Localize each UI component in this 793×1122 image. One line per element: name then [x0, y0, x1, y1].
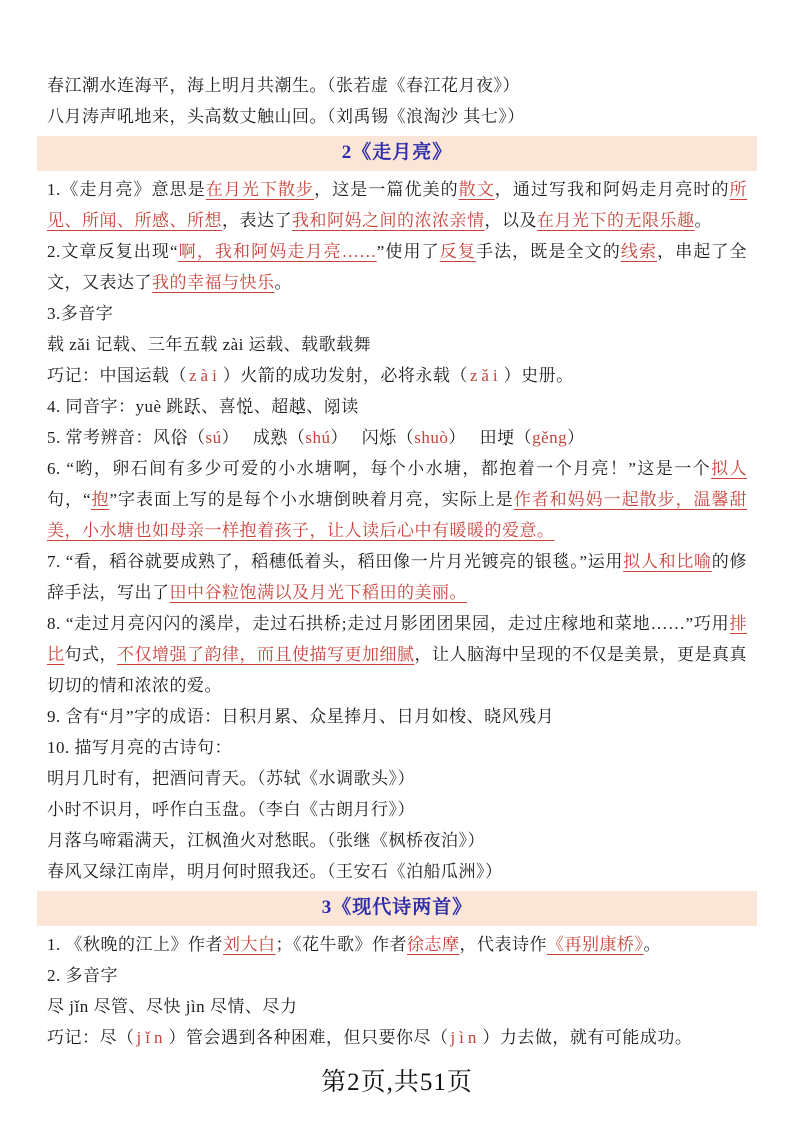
text-run: ）管会遇到各种困难，但只要你尽（ [168, 1028, 448, 1047]
pinyin-red-spaced: zǎi [468, 366, 504, 385]
text-run: （ [515, 428, 533, 447]
paragraph: 10. 描写月亮的古诗句： [47, 732, 747, 763]
text-run: 读 [341, 397, 359, 416]
text-run: 小时不识月，呼作白玉盘。（李白《古朗月行》） [47, 800, 415, 819]
red-underline-text: 《再别康桥》 [547, 935, 644, 954]
text-run: 4. 同音字：yuè 跳 [47, 397, 184, 416]
red-underline-text: 在月光下的无限乐趣 [537, 211, 695, 230]
paragraph: 3.多音字 [47, 298, 747, 329]
red-underline-text: 徐志摩 [407, 935, 460, 954]
text-run: 、 [306, 397, 324, 416]
section-header-band: 3《现代诗两首》 [37, 891, 757, 926]
text-run: 八月涛声吼地来，头高数丈触山回。（刘禹锡《浪淘沙 其七》） [47, 107, 525, 126]
text-run: 2.文章反复出现“ [47, 242, 178, 261]
text-run: ，这是一篇优美的 [314, 180, 458, 199]
section-header-title: 2《走月亮》 [342, 142, 453, 163]
red-underline-text: 刘大白 [223, 935, 276, 954]
section-header-band: 2《走月亮》 [37, 136, 757, 171]
paragraph: 6. “哟，卵石间有多少可爱的小水塘啊，每个小水塘，都抱着一个月亮！”这是一个拟… [47, 453, 747, 546]
text-run: 巧记：尽（ [47, 1028, 135, 1047]
pinyin-red-spaced: zài [187, 366, 223, 385]
paragraph: 2. 多音字 [47, 960, 747, 991]
paragraph: 巧记：中国运载（zài）火箭的成功发射，必将永载（zǎi）史册。 [47, 360, 747, 391]
paragraph: 4. 同音字：yuè 跳跃、喜悦、超越、阅读 [47, 391, 747, 422]
paragraph: 1. 《秋晚的江上》作者刘大白；《花牛歌》作者徐志摩，代表诗作《再别康桥》。 [47, 929, 747, 960]
pinyin-red-spaced: jìn [448, 1028, 482, 1047]
emphasis-dot-char: 熟 [270, 428, 288, 447]
red-underline-text: 抱 [91, 490, 109, 509]
text-run: ”字表面上写的是每个小水塘倒映着月亮，实际上是 [110, 490, 514, 509]
text-run: 月落乌啼霜满天，江枫渔火对愁眠。（张继《枫桥夜泊》） [47, 831, 485, 850]
paragraph: 春江潮水连海平，海上明月共潮生。（张若虚《春江花月夜》） [47, 70, 747, 101]
text-run: 。 [644, 935, 662, 954]
text-run: 句式， [65, 645, 118, 664]
red-underline-text: 不仅增强了韵律，而且使描写更加细腻 [117, 645, 415, 664]
emphasis-dot-char: 俗 [171, 428, 189, 447]
text-run: ”使用了 [377, 242, 440, 261]
text-run: ，代表诗作 [460, 935, 548, 954]
paragraph: 小时不识月，呼作白玉盘。（李白《古朗月行》） [47, 794, 747, 825]
paragraph: 八月涛声吼地来，头高数丈触山回。（刘禹锡《浪淘沙 其七》） [47, 101, 747, 132]
text-run: 6. “哟，卵石间有多少可爱的小水塘啊，每个小水塘，都抱着一个月亮！”这是一个 [47, 459, 711, 478]
emphasis-dot-char: 阅 [324, 397, 342, 416]
paragraph: 载 zǎi 记载、三年五载 zài 运载、载歌载舞 [47, 329, 747, 360]
paragraph: 春风又绿江南岸，明月何时照我还。（王安石《泊船瓜洲》） [47, 856, 747, 887]
text-run: 手法，既是全文的 [476, 242, 621, 261]
emphasis-dot-char: 埂 [497, 428, 515, 447]
red-underline-text: 我的幸福与快乐 [152, 273, 275, 292]
text-run: 5. 常考辨音：风 [47, 428, 171, 447]
emphasis-dot-char: 越 [289, 397, 307, 416]
text-run: 、喜 [201, 397, 236, 416]
text-run: ，通过写我和阿妈走月亮时的 [495, 180, 730, 199]
paragraph: 明月几时有，把酒问青天。（苏轼《水调歌头》） [47, 763, 747, 794]
paragraph: 8. “走过月亮闪闪的溪岸，走过石拱桥;走过月影团团果园，走过庄稼地和菜地……”… [47, 608, 747, 701]
text-run: ，表达了 [222, 211, 292, 230]
text-run: 9. 含有“月”字的成语：日积月累、众星捧月、日月如梭、晓风残月 [47, 707, 554, 726]
paragraph: 月落乌啼霜满天，江枫渔火对愁眠。（张继《枫桥夜泊》） [47, 825, 747, 856]
text-run: （ [188, 428, 206, 447]
text-run: 句，“ [47, 490, 91, 509]
text-run: 。 [695, 211, 713, 230]
text-run: ） 田 [448, 428, 497, 447]
text-run: 尽 jǐn 尽管、尽快 jìn 尽情、尽力 [47, 997, 297, 1016]
text-run: ，以及 [485, 211, 538, 230]
text-run: ） [567, 428, 585, 447]
text-run: ）史册。 [504, 366, 574, 385]
red-underline-text: 拟人和比喻 [623, 552, 712, 571]
text-run: 10. 描写月亮的古诗句： [47, 738, 232, 757]
pinyin-red: shú [305, 428, 330, 447]
text-run: ）力去做，就有可能成功。 [482, 1028, 692, 1047]
red-underline-text: 我和阿妈之间的浓浓亲情 [292, 211, 485, 230]
text-run: ） 成 [222, 428, 271, 447]
text-run: 、超 [254, 397, 289, 416]
text-run: 载 zǎi 记载、三年五载 zài 运载、载歌载舞 [47, 335, 371, 354]
text-run: 。 [275, 273, 293, 292]
paragraph: 1.《走月亮》意思是在月光下散步，这是一篇优美的散文，通过写我和阿妈走月亮时的所… [47, 174, 747, 236]
red-underline-text: 线索 [621, 242, 657, 261]
pinyin-red: gěng [532, 428, 567, 447]
text-run: 2. 多音字 [47, 966, 118, 985]
paragraph: 尽 jǐn 尽管、尽快 jìn 尽情、尽力 [47, 991, 747, 1022]
emphasis-dot-char: 烁 [379, 428, 397, 447]
paragraph: 2.文章反复出现“啊，我和阿妈走月亮……”使用了反复手法，既是全文的线索，串起了… [47, 236, 747, 298]
red-underline-text: 啊，我和阿妈走月亮…… [178, 242, 377, 261]
paragraph: 7. “看，稻谷就要成熟了，稻穗低着头，稻田像一片月光镀亮的银毯。”运用拟人和比… [47, 546, 747, 608]
document-content: 春江潮水连海平，海上明月共潮生。（张若虚《春江花月夜》）八月涛声吼地来，头高数丈… [47, 70, 747, 1053]
text-run: 7. “看，稻谷就要成熟了，稻穗低着头，稻田像一片月光镀亮的银毯。”运用 [47, 552, 623, 571]
page-number-footer: 第2页,共51页 [47, 1062, 747, 1098]
text-run: （ [397, 428, 415, 447]
red-underline-text: 反复 [440, 242, 476, 261]
text-run: 8. “走过月亮闪闪的溪岸，走过石拱桥;走过月影团团果园，走过庄稼地和菜地……”… [47, 614, 730, 633]
text-run: 明月几时有，把酒问青天。（苏轼《水调歌头》） [47, 769, 415, 788]
text-run: （ [288, 428, 306, 447]
red-underline-text: 在月光下散步 [206, 180, 314, 199]
pinyin-red: shuò [414, 428, 448, 447]
paragraph: 5. 常考辨音：风俗（sú） 成熟（shú） 闪烁（shuò） 田埂（gěng） [47, 422, 747, 453]
text-run: 1.《走月亮》意思是 [47, 180, 206, 199]
emphasis-dot-char: 跃 [184, 397, 202, 416]
pinyin-red: sú [206, 428, 222, 447]
red-underline-text: 散文 [459, 180, 495, 199]
paragraph: 9. 含有“月”字的成语：日积月累、众星捧月、日月如梭、晓风残月 [47, 701, 747, 732]
document-page: 春江潮水连海平，海上明月共潮生。（张若虚《春江花月夜》）八月涛声吼地来，头高数丈… [0, 0, 793, 1122]
pinyin-red-spaced: jǐn [135, 1028, 169, 1047]
section-header-title: 3《现代诗两首》 [322, 897, 473, 918]
paragraph: 巧记：尽（jǐn）管会遇到各种困难，但只要你尽（jìn）力去做，就有可能成功。 [47, 1022, 747, 1053]
text-run: 春江潮水连海平，海上明月共潮生。（张若虚《春江花月夜》） [47, 76, 520, 95]
text-run: ；《花牛歌》作者 [276, 935, 408, 954]
text-run: 3.多音字 [47, 304, 113, 323]
emphasis-dot-char: 悦 [236, 397, 254, 416]
text-run: ）火箭的成功发射，必将永载（ [223, 366, 468, 385]
text-run: 春风又绿江南岸，明月何时照我还。（王安石《泊船瓜洲》） [47, 862, 503, 881]
text-run: 巧记：中国运载（ [47, 366, 187, 385]
red-underline-text: 田中谷粒饱满以及月光下稻田的美丽。 [170, 583, 468, 602]
text-run: 1. 《秋晚的江上》作者 [47, 935, 223, 954]
red-underline-text: 拟人 [711, 459, 747, 478]
text-run: ） 闪 [331, 428, 380, 447]
